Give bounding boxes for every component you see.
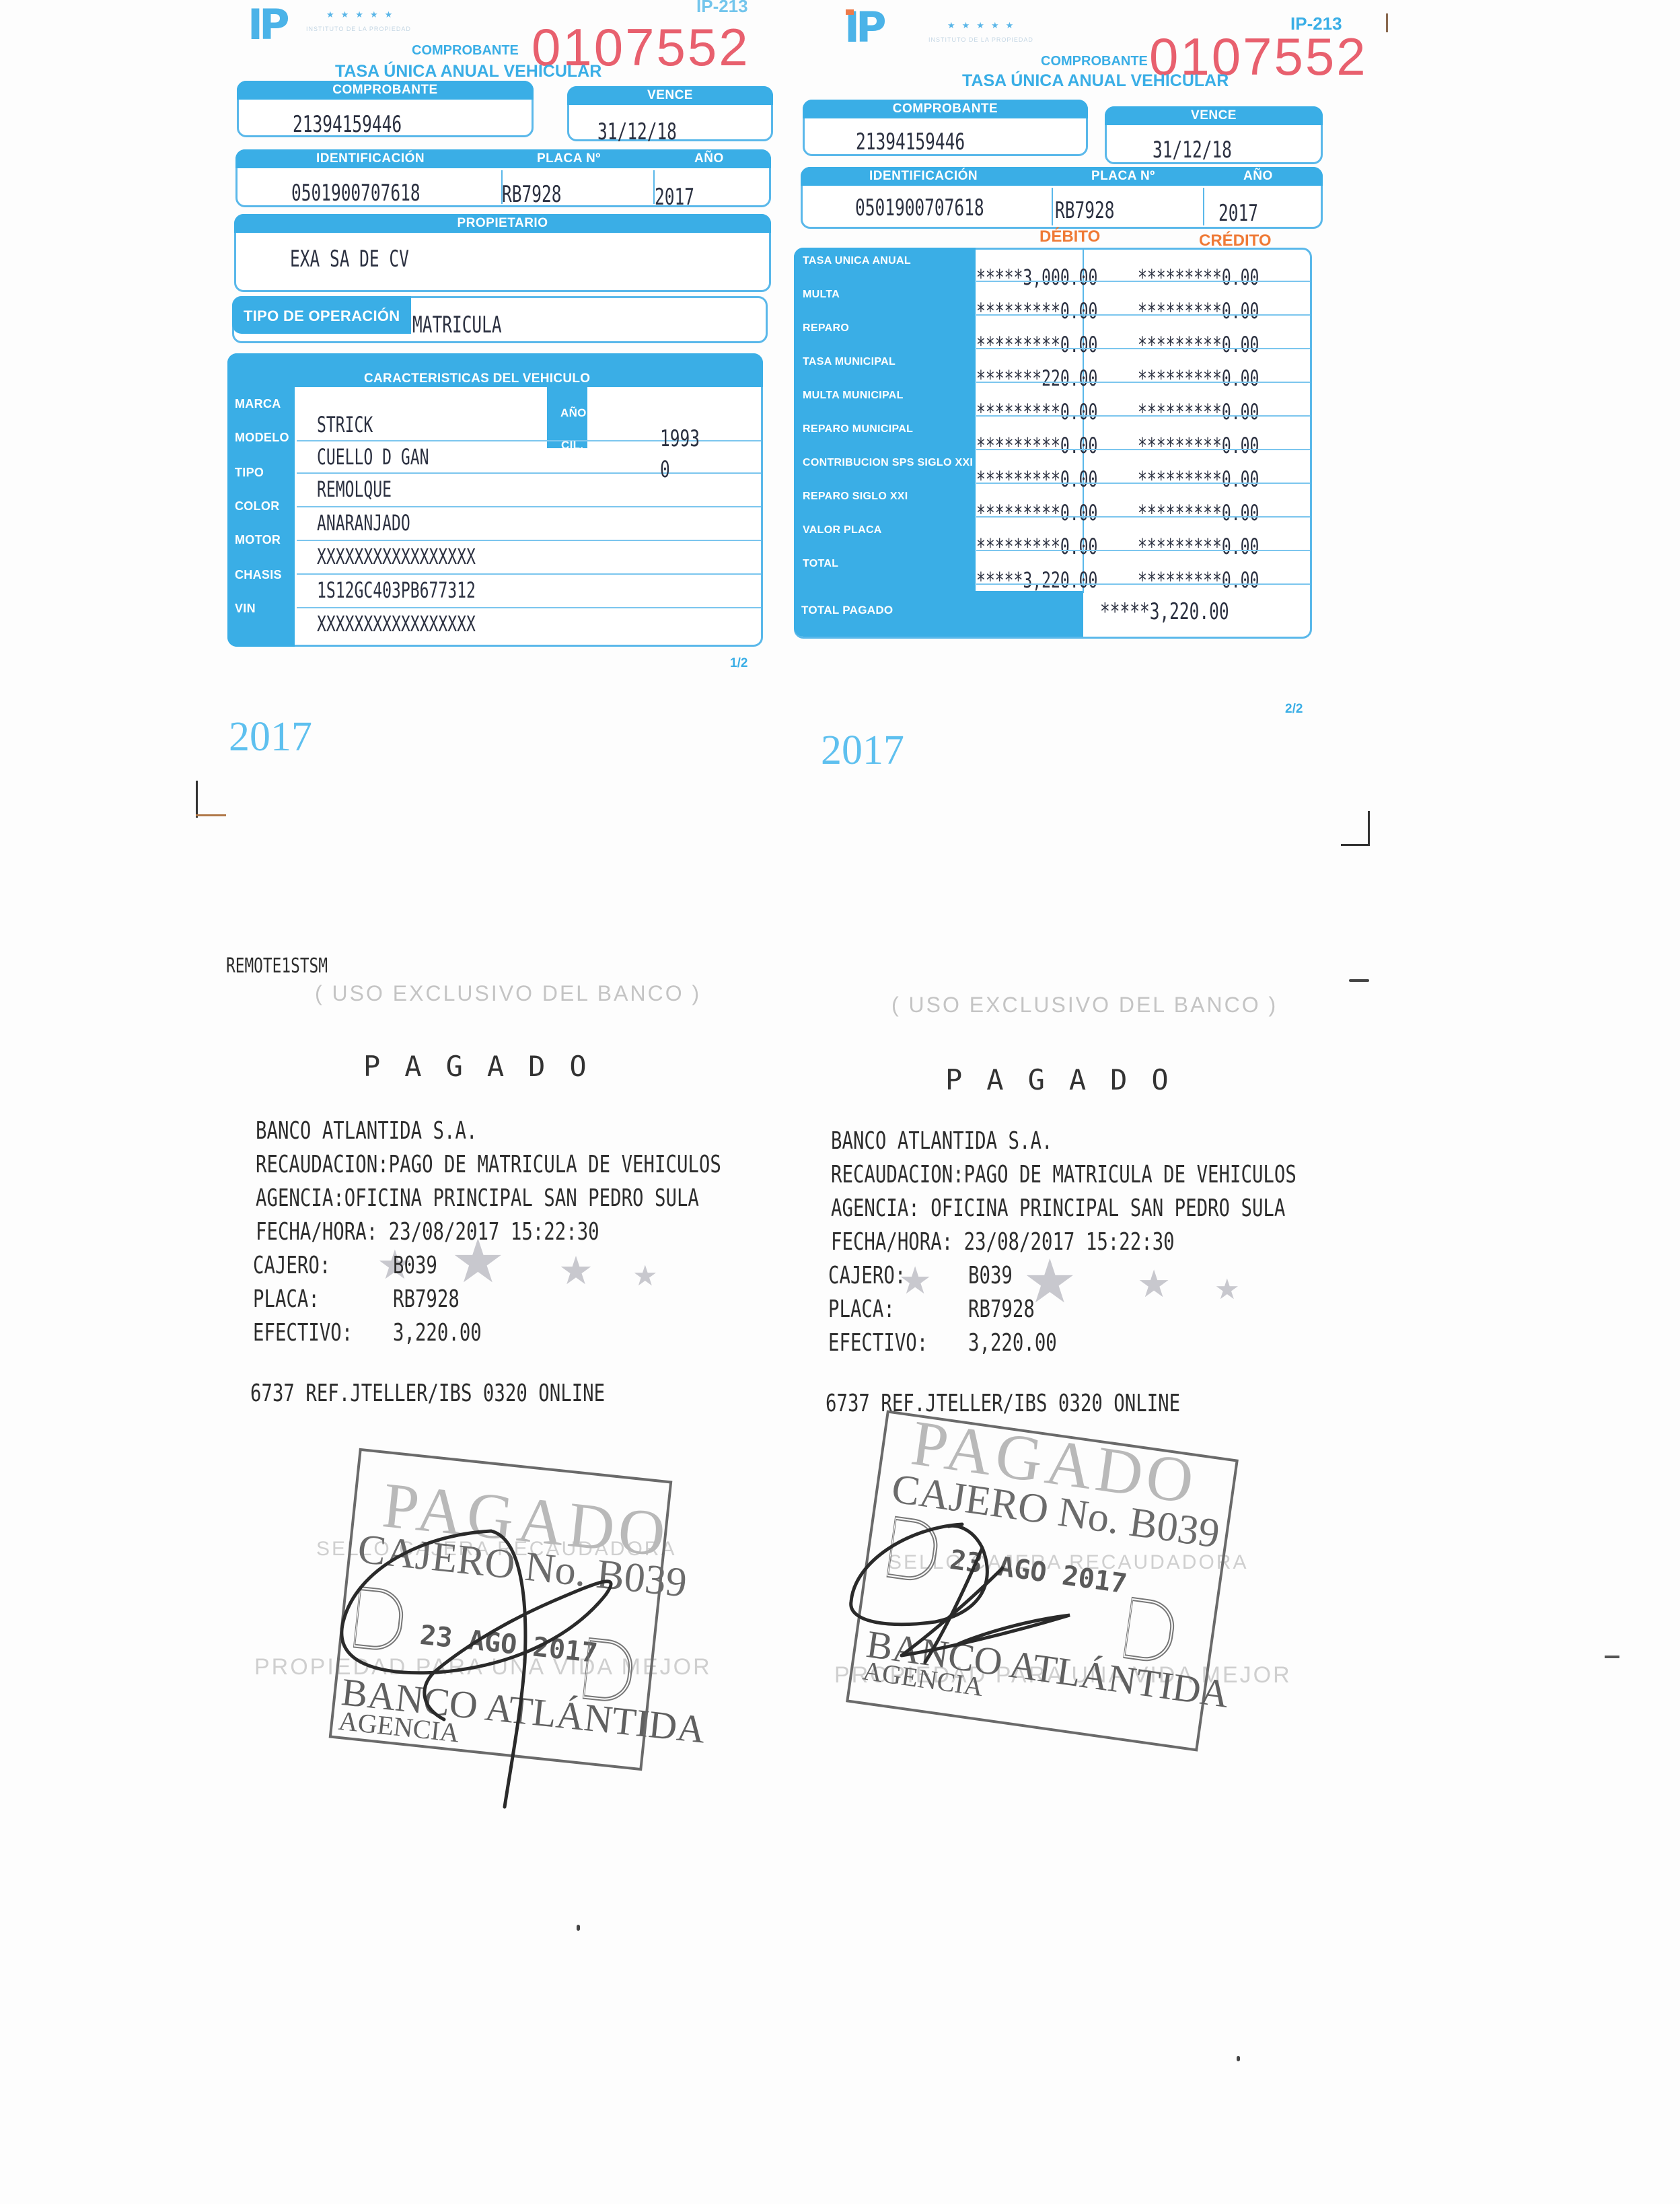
bank-logo-icon — [1123, 1597, 1177, 1665]
crop-mark — [196, 781, 198, 818]
scan-speck — [1349, 979, 1369, 982]
row-rule — [976, 483, 1310, 484]
charge-debito-value: *****3,220.00 — [976, 567, 1144, 593]
divider — [1052, 188, 1053, 225]
star-watermark-icon: ★ — [632, 1262, 658, 1290]
receipt-field-value: 3,220.00 — [968, 1329, 1085, 1357]
row-rule — [976, 314, 1310, 316]
charge-debito-value: *********0.00 — [976, 534, 1144, 559]
logo-stars-icon: ★★★★★ — [947, 20, 1020, 31]
charge-debito-value: *******220.00 — [976, 365, 1144, 391]
crop-mark — [196, 814, 226, 816]
paid-status: PAGADO — [945, 1063, 1193, 1096]
identificacion-box: IDENTIFICACIÓN PLACA Nº AÑO 050190070761… — [801, 167, 1323, 229]
charge-credito-value: *********0.00 — [1138, 534, 1306, 559]
receipt-line: BANCO ATLANTIDA S.A. — [256, 1117, 547, 1145]
receipt-field-label: CAJERO: — [828, 1262, 930, 1289]
vence-box: VENCE 31/12/18 — [1105, 106, 1323, 164]
ano-value: 2017 — [1218, 200, 1274, 227]
charge-credito-value: *********0.00 — [1138, 298, 1306, 324]
scan-speck — [1605, 1656, 1619, 1658]
receipt-field-value: 3,220.00 — [393, 1319, 509, 1347]
row-rule — [976, 382, 1310, 383]
ano-header: AÑO — [1243, 167, 1273, 186]
charge-credito-value: *********0.00 — [1138, 365, 1306, 391]
receipt-field-value: RB7928 — [393, 1285, 480, 1313]
receipt-line: FECHA/HORA: 23/08/2017 15:22:30 — [256, 1218, 708, 1246]
document-title: TASA ÚNICA ANUAL VEHICULAR — [962, 71, 1229, 91]
charge-credito-value: *********0.00 — [1138, 433, 1306, 458]
paid-status: PAGADO — [363, 1050, 611, 1083]
comprobante-value: 21394159446 — [856, 129, 1007, 155]
receipt-field-label: PLACA: — [828, 1295, 916, 1323]
comprobante-box: COMPROBANTE 21394159446 — [803, 100, 1088, 156]
star-watermark-icon: ★ — [558, 1252, 593, 1291]
identificacion-header-bar: IDENTIFICACIÓN PLACA Nº AÑO — [801, 167, 1323, 186]
charge-label: CONTRIBUCION SPS SIGLO XXI — [803, 457, 973, 469]
receipt-field-value: B039 — [968, 1262, 1027, 1289]
charge-debito-value: *********0.00 — [976, 332, 1144, 357]
row-rule — [976, 550, 1310, 551]
star-watermark-icon: ★ — [1137, 1265, 1171, 1303]
receipt-reference: 6737 REF.JTELLER/IBS 0320 ONLINE — [250, 1380, 717, 1407]
bank-use-label: ( USO EXCLUSIVO DEL BANCO ) — [315, 981, 701, 1006]
receipt-field-label: CAJERO: — [253, 1252, 355, 1279]
vence-value: 31/12/18 — [1153, 137, 1263, 164]
total-pagado-label: TOTAL PAGADO — [801, 604, 893, 617]
row-rule — [976, 449, 1310, 450]
bank-logo-icon — [886, 1516, 941, 1584]
charge-debito-value: *********0.00 — [976, 466, 1144, 492]
vehicle-form-page-2: IP ★★★★★ INSTITUTO DE LA PROPIEDAD IP-21… — [0, 0, 1680, 673]
row-rule — [976, 516, 1310, 518]
stamp-date: 23 AGO 2017 — [418, 1620, 599, 1669]
terminal-id: REMOTE1STSM — [226, 954, 360, 978]
charge-label: REPARO — [803, 322, 849, 334]
crop-mark — [1368, 811, 1370, 846]
star-watermark-icon: ★ — [1214, 1275, 1240, 1304]
vence-header: VENCE — [1105, 106, 1323, 125]
charge-label: MULTA MUNICIPAL — [803, 390, 904, 402]
page-indicator: 2/2 — [1285, 702, 1303, 717]
row-rule — [976, 583, 1310, 585]
row-rule — [976, 281, 1310, 282]
charge-credito-value: *********0.00 — [1138, 500, 1306, 526]
scan-speck — [1237, 2056, 1240, 2061]
total-pagado-value: *****3,220.00 — [1100, 598, 1279, 625]
charges-table: TASA UNICA ANUAL*****3,000.00*********0.… — [794, 248, 1312, 639]
bank-stamp-right: PAGADO CAJERO No. B039 23 AGO 2017 BANCO… — [846, 1410, 1239, 1751]
charge-label: TASA MUNICIPAL — [803, 356, 896, 368]
receipt-field-value: B039 — [393, 1252, 451, 1279]
placa-value: RB7928 — [1055, 197, 1138, 224]
receipt-field-label: PLACA: — [253, 1285, 340, 1313]
receipt-line: BANCO ATLANTIDA S.A. — [831, 1127, 1122, 1155]
receipt-field-value: RB7928 — [968, 1295, 1056, 1323]
charge-credito-value: *********0.00 — [1138, 264, 1306, 290]
bank-use-label: ( USO EXCLUSIVO DEL BANCO ) — [891, 993, 1278, 1018]
receipt-line: FECHA/HORA: 23/08/2017 15:22:30 — [831, 1228, 1283, 1256]
debito-header: DÉBITO — [1039, 227, 1100, 246]
charge-credito-value: *********0.00 — [1138, 567, 1306, 593]
comprobante-header: COMPROBANTE — [803, 100, 1088, 118]
bank-logo-icon — [353, 1586, 406, 1653]
row-rule — [976, 348, 1310, 349]
logo-accent — [846, 9, 854, 15]
identificacion-header: IDENTIFICACIÓN — [869, 167, 978, 186]
bank-stamp-left: PAGADO CAJERO No. B039 23 AGO 2017 BANCO… — [329, 1448, 673, 1771]
identificacion-value: 0501900707618 — [855, 194, 1034, 221]
charge-debito-value: *********0.00 — [976, 298, 1144, 324]
charge-debito-value: *****3,000.00 — [976, 264, 1144, 290]
charge-label: REPARO SIGLO XXI — [803, 491, 908, 503]
year-footer: 2017 — [821, 727, 904, 775]
receipt-field-label: EFECTIVO: — [253, 1319, 384, 1347]
charge-label: MULTA — [803, 289, 840, 301]
logo-subtitle: INSTITUTO DE LA PROPIEDAD — [928, 36, 1033, 43]
receipt-line: AGENCIA:OFICINA PRINCIPAL SAN PEDRO SULA — [256, 1184, 839, 1212]
charge-label: TASA UNICA ANUAL — [803, 255, 911, 267]
year-footer: 2017 — [229, 713, 312, 761]
divider — [1203, 188, 1204, 225]
receipt-field-label: EFECTIVO: — [828, 1329, 959, 1357]
charge-debito-value: *********0.00 — [976, 399, 1144, 425]
charge-credito-value: *********0.00 — [1138, 466, 1306, 492]
charge-label: TOTAL — [803, 558, 838, 570]
receipt-line: RECAUDACION:PAGO DE MATRICULA DE VEHICUL… — [256, 1151, 868, 1178]
row-rule — [976, 415, 1310, 417]
comprobante-label: COMPROBANTE — [1041, 54, 1148, 69]
scan-speck — [577, 1925, 580, 1931]
bank-logo-icon — [583, 1637, 635, 1704]
crop-mark — [1386, 13, 1388, 32]
crop-mark — [1341, 844, 1369, 846]
charge-credito-value: *********0.00 — [1138, 399, 1306, 425]
charge-debito-value: *********0.00 — [976, 500, 1144, 526]
charge-credito-value: *********0.00 — [1138, 332, 1306, 357]
charge-debito-value: *********0.00 — [976, 433, 1144, 458]
receipt-line: AGENCIA: OFICINA PRINCIPAL SAN PEDRO SUL… — [831, 1195, 1429, 1222]
charge-label: REPARO MUNICIPAL — [803, 423, 913, 435]
placa-header: PLACA Nº — [1091, 167, 1155, 186]
stamp-date: 23 AGO 2017 — [948, 1544, 1129, 1600]
charge-label: VALOR PLACA — [803, 524, 882, 536]
receipt-line: RECAUDACION:PAGO DE MATRICULA DE VEHICUL… — [831, 1161, 1443, 1188]
